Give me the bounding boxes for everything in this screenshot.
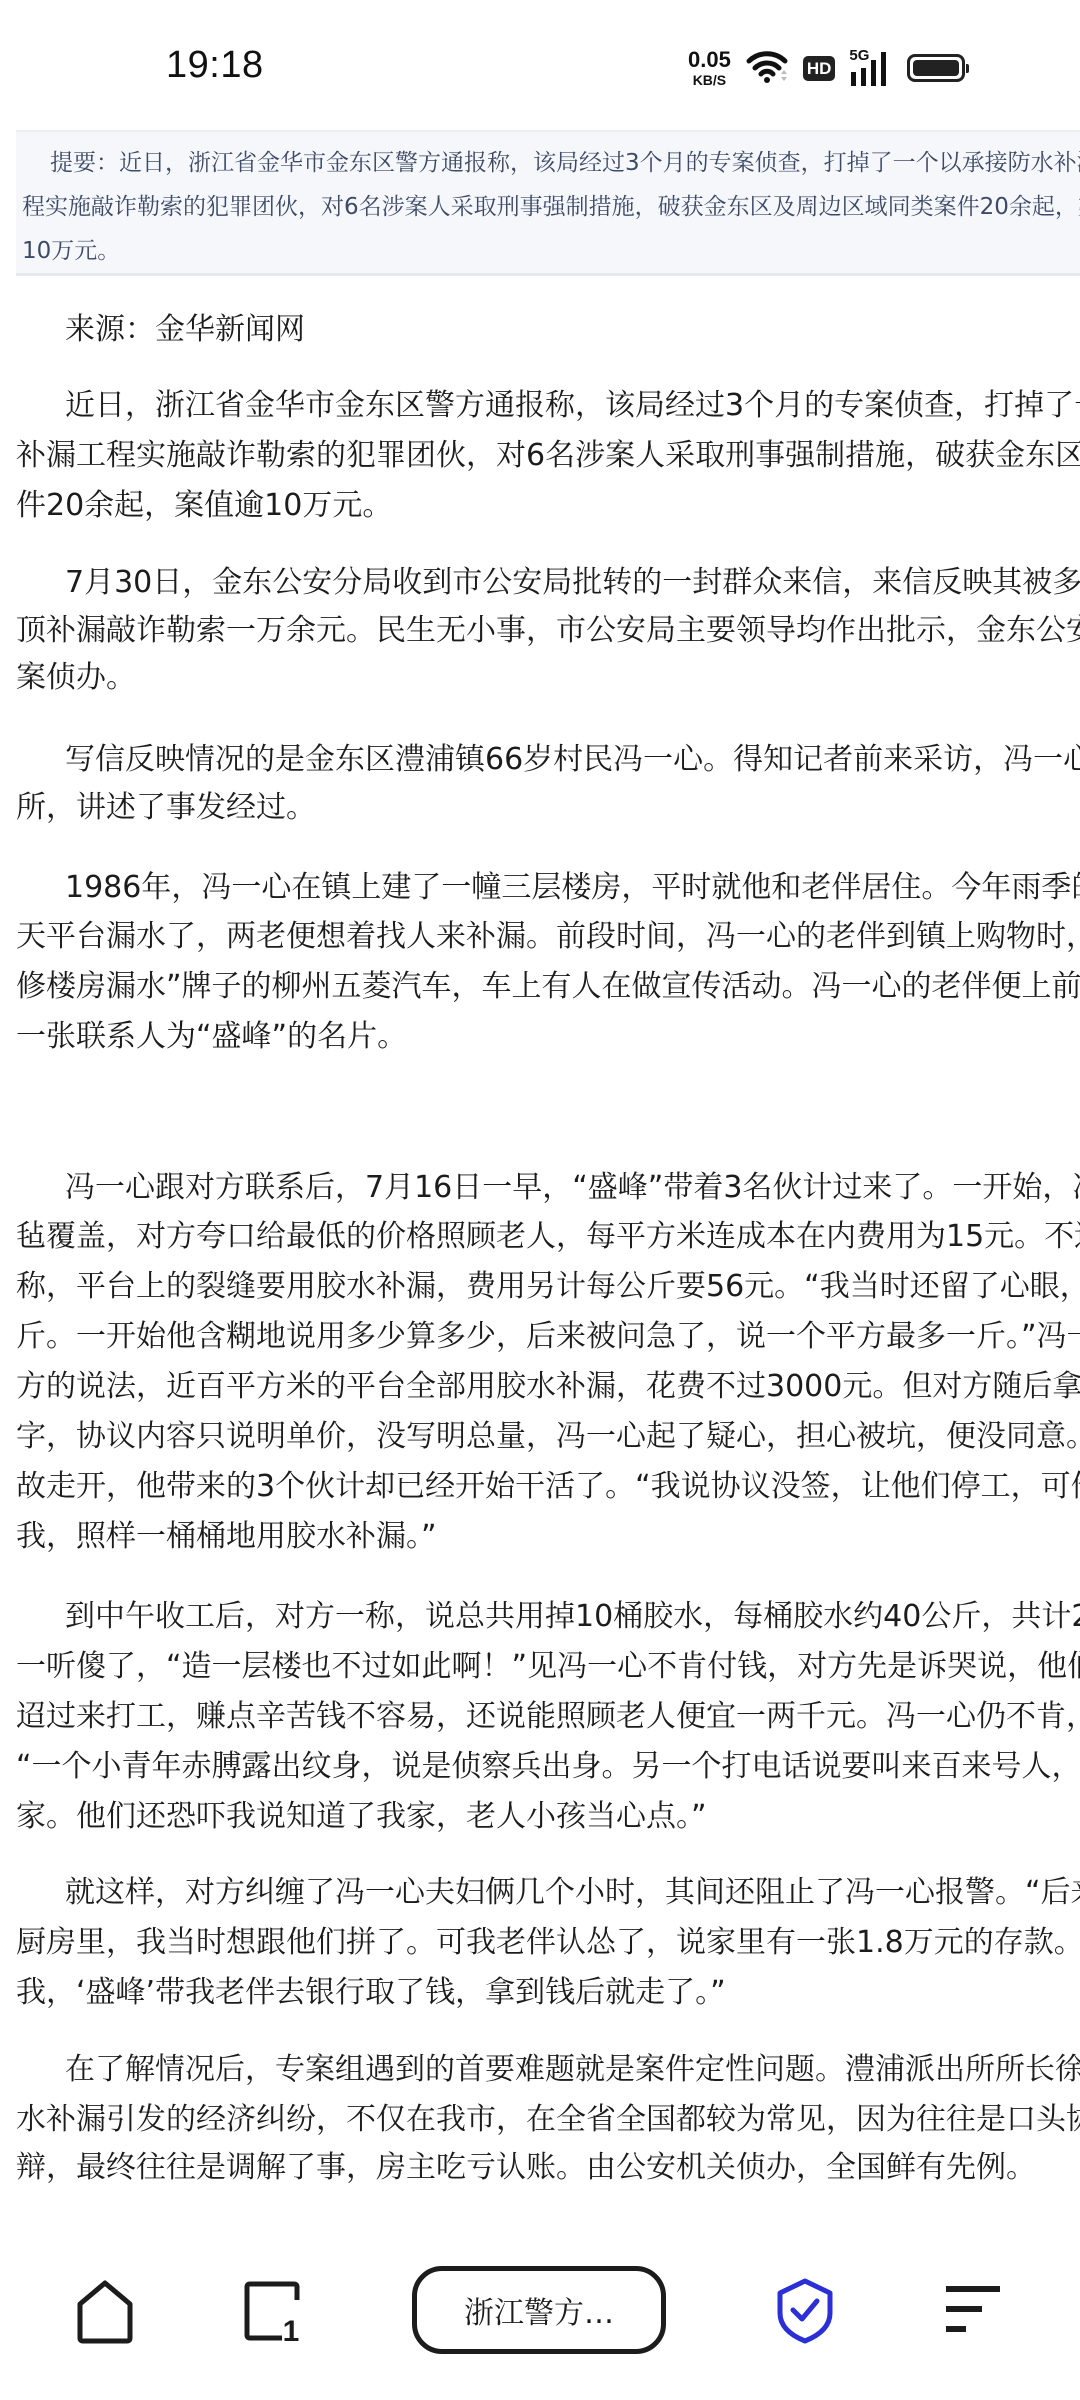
paragraph-line: 顶补漏敲诈勒索一万余元。民生无小事，市公安局主要领导均作出批示，金东公安分局立即… [16,611,1080,651]
paragraph-line: 修楼房漏水”牌子的柳州五菱汽车，车上有人在做宣传活动。冯一心的老伴便上前询问，对… [16,967,1080,1007]
paragraph-line: 一张联系人为“盛峰”的名片。 [16,1017,407,1057]
paragraph-line: 7月30日，金东公安分局收到市公安局批转的一封群众来信，来信反映其被多名安徽男子… [65,563,1080,603]
summary-line: 程实施敲诈勒索的犯罪团伙，对6名涉案人采取刑事强制措施，破获金东区及周边区域同类… [22,188,1080,221]
paragraph-text: 近日，浙江省金华市金东区警方通报称，该局经过3个月的专案侦查，打掉了一个以承接 [65,388,1080,423]
address-bar-pill[interactable]: 浙江警方… [412,2266,666,2354]
article-summary: 提要：近日，浙江省金华市金东区警方通报称，该局经过3个月的专案侦查，打掉了一个以… [16,130,1080,276]
security-shield-icon[interactable] [774,2277,836,2349]
home-icon[interactable] [74,2280,136,2348]
paragraph-line: 斤。一开始他含糊地说用多少算多少，后来被问急了，说一个平方最多一斤。”冯一心一合… [16,1317,1080,1357]
paragraph-line: 在了解情况后，专案组遇到的首要难题就是案件定性问题。澧浦派出所所长徐卫龙说，因为… [65,2050,1080,2090]
battery-icon [907,54,965,82]
paragraph-line: 字，协议内容只说明单价，没写明总量，冯一心起了疑心，担心被坑，便没同意。其间，“… [16,1417,1080,1457]
paragraph-line: 就这样，对方纠缠了冯一心夫妇俩几个小时，其间还阻止了冯一心报警。“后来，我被他们… [65,1873,1080,1913]
paragraph-line: 称，平台上的裂缝要用胶水补漏，费用另计每公斤要56元。“我当时还留了心眼，问他总… [16,1267,1080,1307]
paragraph-line: 我，照样一桶桶地用胶水补漏。” [16,1517,437,1557]
summary-line: 提要：近日，浙江省金华市金东区警方通报称，该局经过3个月的专案侦查，打掉了一个以… [50,144,1080,177]
paragraph-line: 故走开，他带来的3个伙计却已经开始干活了。“我说协议没签，让他们停工，可他们根本… [16,1467,1080,1507]
paragraph-line: 到中午收工后，对方一称，说总共用掉10桶胶水，每桶胶水约40公斤，共计2.16万… [65,1597,1080,1637]
paragraph-line: 辩，最终往往是调解了事，房主吃亏认账。由公安机关侦办，全国鲜有先例。 [16,2148,1036,2188]
signal-5g-icon: 5G [849,48,893,88]
paragraph-line: 厨房里，我当时想跟他们拼了。可我老伴认怂了，说家里有一张1.8万元的存款。他们就… [16,1923,1080,1963]
status-icons: 0.05 KB/S HD 5G [688,46,965,90]
address-bar-title: 浙江警方… [464,2288,614,2332]
paragraph-line: 方的说法，近百平方米的平台全部用胶水补漏，花费不过3000元。但对方随后拿出一张… [16,1367,1080,1407]
paragraph-line: 近日，浙江省金华市金东区警方通报称，该局经过3个月的专案侦查，打掉了一个以承接防… [65,386,1080,426]
paragraph-line: 冯一心跟对方联系后，7月16日一早，“盛峰”带着3名伙计过来了。一开始，冯一心只… [65,1168,1080,1208]
status-bar: 19:18 0.05 KB/S HD 5G [0,0,1080,120]
article-source: 来源：金华新闻网 [65,310,305,350]
paragraph-line: 补漏工程实施敲诈勒索的犯罪团伙，对6名涉案人采取刑事强制措施，破获金东区及周边区… [16,436,1080,476]
status-time: 19:18 [166,44,264,87]
paragraph-line: 天平台漏水了，两老便想着找人来补漏。前段时间，冯一心的老伴到镇上购物时，看到几辆… [16,917,1080,957]
paragraph-line: 案侦办。 [16,658,136,698]
svg-text:1: 1 [283,2315,300,2344]
paragraph-line: 一听傻了，“造一层楼也不过如此啊！”见冯一心不肯付钱，对方先是诉哭说，他们拖儿带… [16,1647,1080,1687]
menu-icon[interactable] [944,2284,1000,2340]
paragraph-line: 水补漏引发的经济纠纷，不仅在我市，在全省全国都较为常见，因为往往是口头协议，补漏… [16,2100,1080,2140]
summary-line: 10万元。 [22,232,120,265]
wifi-icon [745,48,789,88]
network-speed: 0.05 KB/S [688,49,731,87]
paragraph-line: 写信反映情况的是金东区澧浦镇66岁村民冯一心。得知记者前来采访，冯一心特意赶到派… [65,740,1080,780]
paragraph-line: 我，‘盛峰’带我老伴去银行取了钱，拿到钱后就走了。” [16,1973,726,2013]
paragraph-line: 毡覆盖，对方夸口给最低的价格照顾老人，每平方米连成本在内费用为15元。不过，随后… [16,1217,1080,1257]
network-speed-value: 0.05 [688,49,731,71]
hd-icon: HD [803,56,836,81]
paragraph-line: 迢过来打工，赚点辛苦钱不容易，还说能照顾老人便宜一两千元。冯一心仍不肯，对方便来… [16,1697,1080,1737]
paragraph-line: 件20余起，案值逾10万元。 [16,486,392,526]
paragraph-line: 所，讲述了事发经过。 [16,788,316,828]
tabs-icon[interactable]: 1 [242,2278,304,2348]
paragraph-line: 家。他们还恐吓我说知道了我家，老人小孩当心点。” [16,1797,707,1837]
paragraph-line: “一个小青年赤膊露出纹身，说是侦察兵出身。另一个打电话说要叫来百来号人，不给钱就… [16,1747,1080,1787]
paragraph-line: 1986年，冯一心在镇上建了一幢三层楼房，平时就他和老伴居住。今年雨季的时候，三… [65,868,1080,908]
network-speed-unit: KB/S [693,73,726,87]
